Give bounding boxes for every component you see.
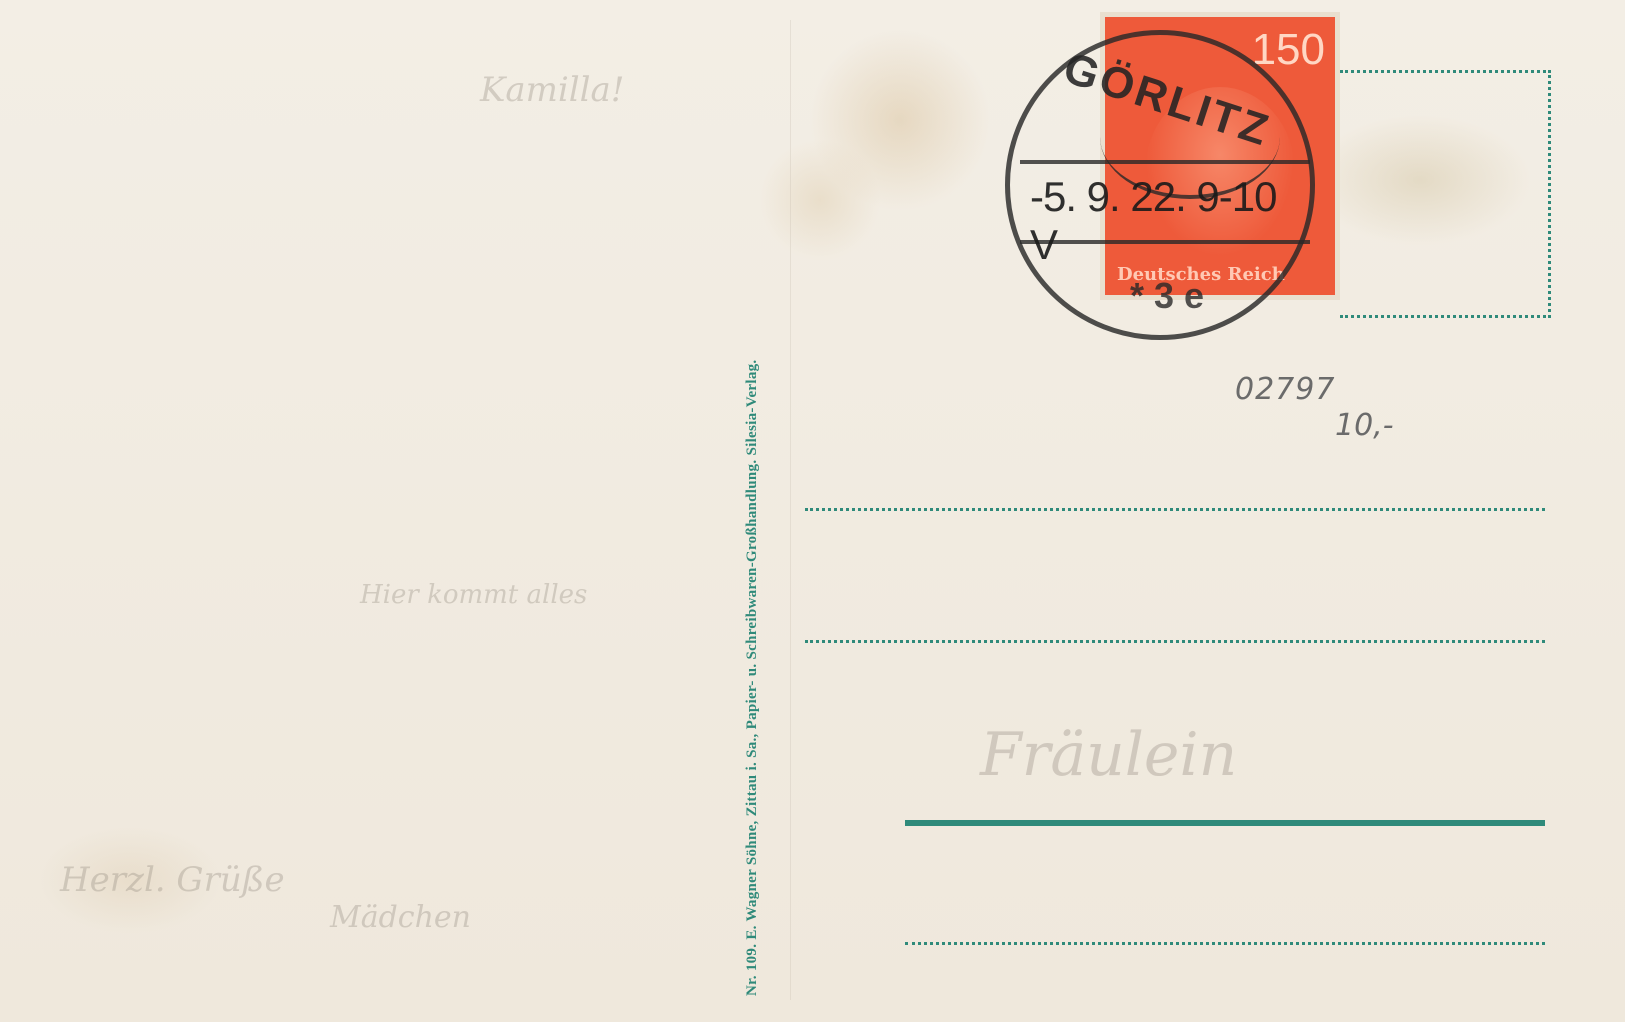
- faint-address: Fräulein: [980, 720, 1237, 790]
- address-line-1: [805, 508, 1545, 511]
- price-note: 10,-: [1335, 408, 1394, 443]
- faint-handwriting: Herzl. Grüße: [60, 860, 285, 900]
- faint-handwriting: Mädchen: [330, 900, 471, 935]
- publisher-imprint: Nr. 109. E. Wagner Söhne, Zittau i. Sa.,…: [744, 6, 768, 996]
- catalog-number-note: 02797: [1235, 372, 1335, 407]
- postmark-code: * 3 e: [1130, 275, 1204, 317]
- postcard-back: Kamilla! Hier kommt alles Herzl. Grüße M…: [0, 0, 1625, 1022]
- address-line-3: [905, 942, 1545, 945]
- faint-handwriting: Kamilla!: [480, 70, 624, 110]
- postmark-date: -5. 9. 22. 9-10 V: [1030, 173, 1310, 269]
- address-line-solid: [905, 820, 1545, 826]
- address-line-2: [805, 640, 1545, 643]
- card-divider: [790, 20, 791, 1000]
- stamp-value: 150: [1252, 25, 1325, 75]
- postmark-bar: [1020, 160, 1310, 164]
- faint-handwriting: Hier kommt alles: [360, 580, 587, 610]
- stamp-placement-box: [1340, 70, 1551, 318]
- postmark: GÖRLITZ -5. 9. 22. 9-10 V * 3 e: [1005, 30, 1315, 340]
